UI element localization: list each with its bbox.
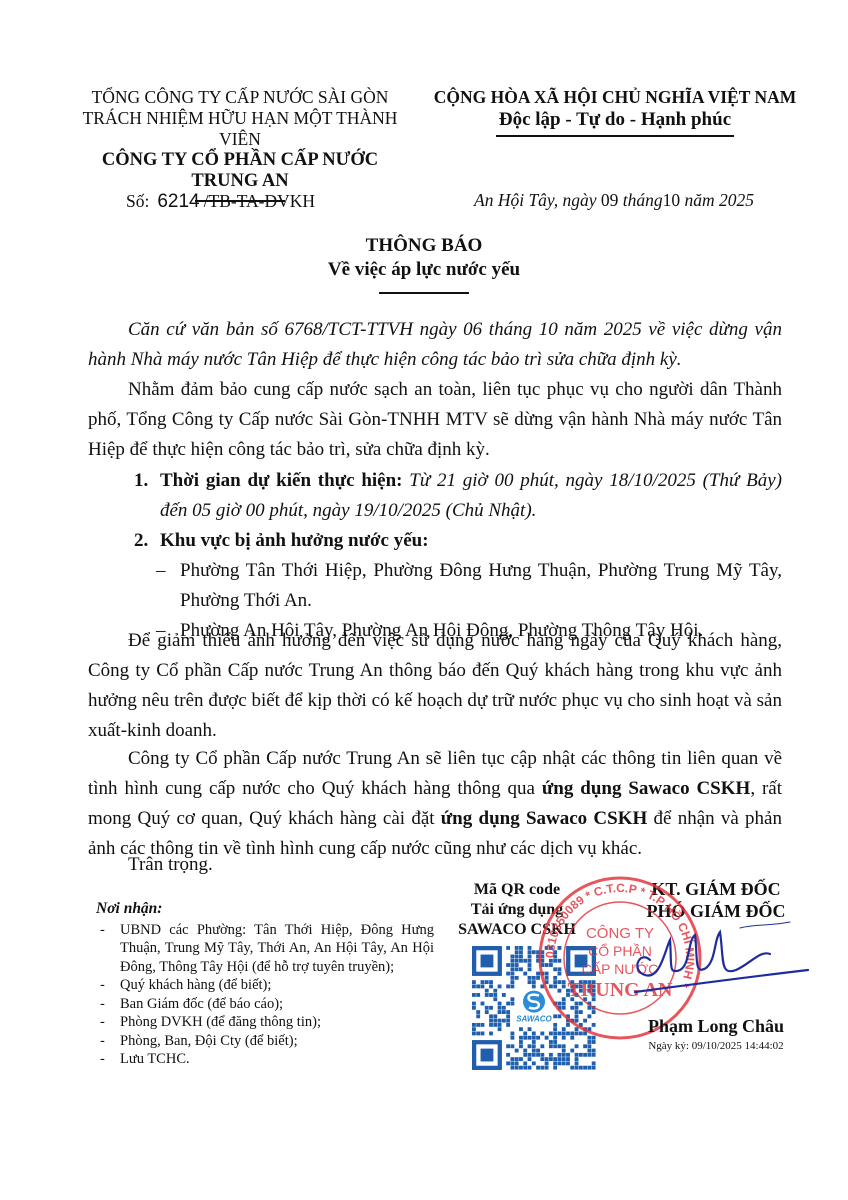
list-item-2-number: 2. (134, 526, 148, 556)
document-subtitle: Về việc áp lực nước yếu (0, 258, 848, 282)
issuing-organization: TỔNG CÔNG TY CẤP NƯỚC SÀI GÒN TRÁCH NHIỆ… (60, 87, 420, 202)
date-day: 09 (601, 190, 619, 210)
paragraph-advisory-text: Để giảm thiểu ảnh hưởng đến việc sử dụng… (88, 630, 782, 741)
app-name-1: ứng dụng Sawaco CSKH (542, 778, 750, 799)
recipient-item: Phòng DVKH (để đăng thông tin); (96, 1013, 434, 1032)
paragraph-purpose-text: Nhằm đảm bảo cung cấp nước sạch an toàn,… (88, 379, 782, 460)
paragraph-advisory: Để giảm thiểu ảnh hưởng đến việc sử dụng… (88, 626, 782, 746)
national-title: CỘNG HÒA XÃ HỘI CHỦ NGHĨA VIỆT NAM (420, 87, 810, 108)
recipient-item: Phòng, Ban, Đội Cty (để biết); (96, 1032, 434, 1051)
signature-icon (620, 920, 810, 1005)
list-item-1-label: Thời gian dự kiến thực hiện: (160, 470, 403, 491)
recipient-item: Lưu TCHC. (96, 1050, 434, 1069)
paragraph-purpose: Nhằm đảm bảo cung cấp nước sạch an toàn,… (88, 375, 782, 465)
paragraph-legal-basis-text: Căn cứ văn bản số 6768/TCT-TTVH ngày 06 … (88, 319, 782, 370)
doc-number-value: 6214 (157, 191, 199, 212)
recipients-list: UBND các Phường: Tân Thới Hiệp, Đông Hưn… (96, 921, 434, 1069)
affected-area-1-text: Phường Tân Thới Hiệp, Phường Đông Hưng T… (180, 560, 782, 611)
doc-number-suffix: /TB-TA-DVKH (204, 191, 315, 211)
date-month-label: tháng (623, 190, 663, 210)
company-name-line2: TRUNG AN (60, 171, 420, 192)
parent-org-line2: TRÁCH NHIỆM HỮU HẠN MỘT THÀNH VIÊN (60, 108, 420, 150)
document-date: An Hội Tây, ngày 09 tháng10 năm 2025 (474, 190, 754, 211)
doc-number-prefix: Số: (126, 191, 149, 211)
date-place: An Hội Tây, ngày (474, 190, 597, 210)
list-item-1: Thời gian dự kiến thực hiện: Từ 21 giờ 0… (160, 466, 782, 526)
recipient-item: Ban Giám đốc (để báo cáo); (96, 995, 434, 1014)
recipient-item: Quý khách hàng (để biết); (96, 976, 434, 995)
company-name-line1: CÔNG TY CỔ PHẦN CẤP NƯỚC (60, 150, 420, 171)
list-item-1-number: 1. (134, 466, 148, 496)
paragraph-legal-basis: Căn cứ văn bản số 6768/TCT-TTVH ngày 06 … (88, 315, 782, 375)
recipients-heading: Nơi nhận: (96, 900, 434, 919)
digital-sign-timestamp: Ngày ký: 09/10/2025 14:44:02 (608, 1040, 824, 1052)
closing-text: Trân trọng. (128, 854, 213, 875)
document-number: Số:6214/TB-TA-DVKH (126, 191, 315, 213)
national-header: CỘNG HÒA XÃ HỘI CHỦ NGHĨA VIỆT NAM Độc l… (420, 87, 810, 137)
app-name-2: ứng dụng Sawaco CSKH (441, 808, 647, 829)
title-divider (379, 292, 469, 294)
recipients-block: Nơi nhận: UBND các Phường: Tân Thới Hiệp… (96, 900, 434, 1069)
national-motto: Độc lập - Tự do - Hạnh phúc (420, 108, 810, 131)
handwritten-signature (620, 920, 810, 1005)
list-item-2-label: Khu vực bị ảnh hưởng nước yếu: (160, 526, 782, 556)
paragraph-app-info: Công ty Cổ phần Cấp nước Trung An sẽ liê… (88, 744, 782, 864)
header-right-divider (496, 135, 734, 137)
affected-area-1: – Phường Tân Thới Hiệp, Phường Đông Hưng… (180, 556, 782, 616)
date-year: năm 2025 (685, 190, 755, 210)
signer-name: Phạm Long Châu (608, 1016, 824, 1037)
document-title-block: THÔNG BÁO Về việc áp lực nước yếu (0, 234, 848, 294)
document-title: THÔNG BÁO (0, 234, 848, 258)
dash-bullet: – (156, 556, 166, 586)
recipient-item: UBND các Phường: Tân Thới Hiệp, Đông Hưn… (96, 921, 434, 977)
parent-org-line1: TỔNG CÔNG TY CẤP NƯỚC SÀI GÒN (60, 87, 420, 108)
date-month: 10 (663, 190, 681, 210)
